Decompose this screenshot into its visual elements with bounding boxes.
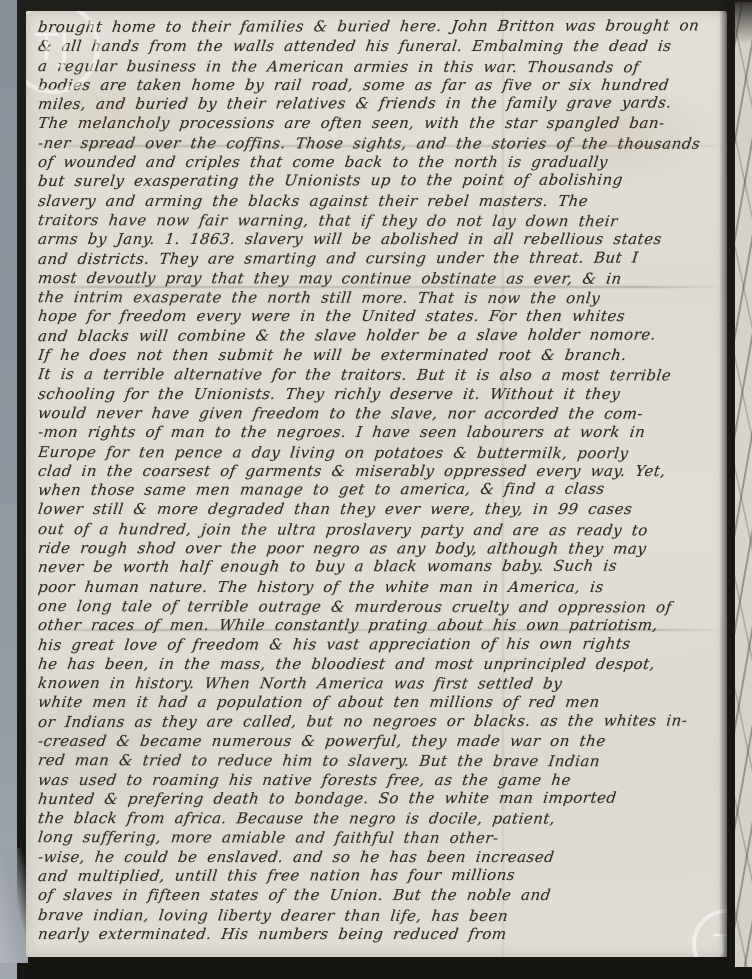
manuscript-line: bodies are taken home by rail road, some… xyxy=(38,76,721,95)
manuscript-line: never be worth half enough to buy a blac… xyxy=(38,557,721,578)
adjacent-page-sliver xyxy=(735,2,752,967)
manuscript-line: out of a hundred, join the ultra proslav… xyxy=(38,520,721,541)
manuscript-line: -ner spread over the coffins. Those sigh… xyxy=(38,134,721,154)
manuscript-line: would never have given freedom to the sl… xyxy=(38,404,721,424)
manuscript-line: poor human nature. The history of the wh… xyxy=(38,578,721,597)
manuscript-line: and blacks will combine & the slave hold… xyxy=(38,325,721,346)
manuscript-line: traitors have now fair warning, that if … xyxy=(38,211,721,232)
manuscript-line: The melancholy processions are often see… xyxy=(38,114,721,133)
manuscript-line: brave indian, loving liberty dearer than… xyxy=(38,906,721,927)
manuscript-line: brought home to their families & buried … xyxy=(38,18,721,37)
manuscript-line: of wounded and criples that come back to… xyxy=(38,153,721,172)
manuscript-line: -mon rights of man to the negroes. I hav… xyxy=(38,423,721,442)
manuscript-line: a regular business in the American armie… xyxy=(38,57,721,78)
manuscript-line: knowen in history. When North America wa… xyxy=(38,674,721,694)
manuscript-line: It is a terrible alternative for the tra… xyxy=(38,365,721,386)
manuscript-line: one long tale of terrible outrage & murd… xyxy=(38,597,721,618)
manuscript-line: & all hands from the walls attended his … xyxy=(38,37,721,56)
manuscript-line: most devoutly pray that they may continu… xyxy=(38,269,721,289)
manuscript-line: slavery and arming the blacks against th… xyxy=(38,192,721,211)
manuscript-line: when those same men manage to get to ame… xyxy=(38,479,721,500)
manuscript-line: the black from africa. Because the negro… xyxy=(38,809,721,829)
manuscript-line: other races of men. While constantly pra… xyxy=(38,616,721,635)
manuscript-line: Europe for ten pence a day living on pot… xyxy=(38,443,721,464)
manuscript-text: brought home to their families & buried … xyxy=(38,18,721,957)
manuscript-line: the intrim exasperate the north still mo… xyxy=(38,288,721,309)
scanner-bed-strip xyxy=(0,0,17,979)
scanned-letter-background: brought home to their families & buried … xyxy=(0,0,752,979)
manuscript-line: white men it had a population of about t… xyxy=(38,693,721,712)
manuscript-line: -wise, he could be enslaved. and so he h… xyxy=(38,848,721,867)
manuscript-line: but surely exasperating the Unionists up… xyxy=(38,171,721,192)
manuscript-line: arms by Jany. 1. 1863. slavery will be a… xyxy=(38,230,721,249)
manuscript-line: was used to roaming his native forests f… xyxy=(38,771,721,790)
scanner-bed-strip-wedge xyxy=(0,848,28,963)
manuscript-line: clad in the coarsest of garments & miser… xyxy=(38,462,721,481)
manuscript-line: he has been, in the mass, the bloodiest … xyxy=(38,655,721,674)
manuscript-line: of slaves in fifteen states of the Union… xyxy=(38,886,721,905)
manuscript-line: hunted & prefering death to bondage. So … xyxy=(38,788,721,809)
manuscript-line: his great love of freedom & his vast app… xyxy=(38,634,721,655)
manuscript-line: or Indians as they are called, but no ne… xyxy=(38,711,721,732)
manuscript-line: -creased & became numerous & powerful, t… xyxy=(38,732,721,751)
manuscript-line: nearly exterminated. His numbers being r… xyxy=(38,925,721,944)
manuscript-page: brought home to their families & buried … xyxy=(26,11,727,957)
manuscript-line: If he does not then submit he will be ex… xyxy=(38,346,721,365)
manuscript-line: schooling for the Unionists. They richly… xyxy=(38,385,721,404)
manuscript-line: and districts. They are smarting and cur… xyxy=(38,248,721,269)
manuscript-line: red man & tried to reduce him to slavery… xyxy=(38,751,721,772)
manuscript-line: long suffering, more amiable and faithfu… xyxy=(38,828,721,849)
manuscript-line: miles, and buried by their relatives & f… xyxy=(38,94,721,115)
manuscript-line: hope for freedom every were in the Unite… xyxy=(38,307,721,326)
manuscript-line: and multiplied, untill this free nation … xyxy=(38,865,721,886)
manuscript-line: lower still & more degraded than they ev… xyxy=(38,500,721,519)
